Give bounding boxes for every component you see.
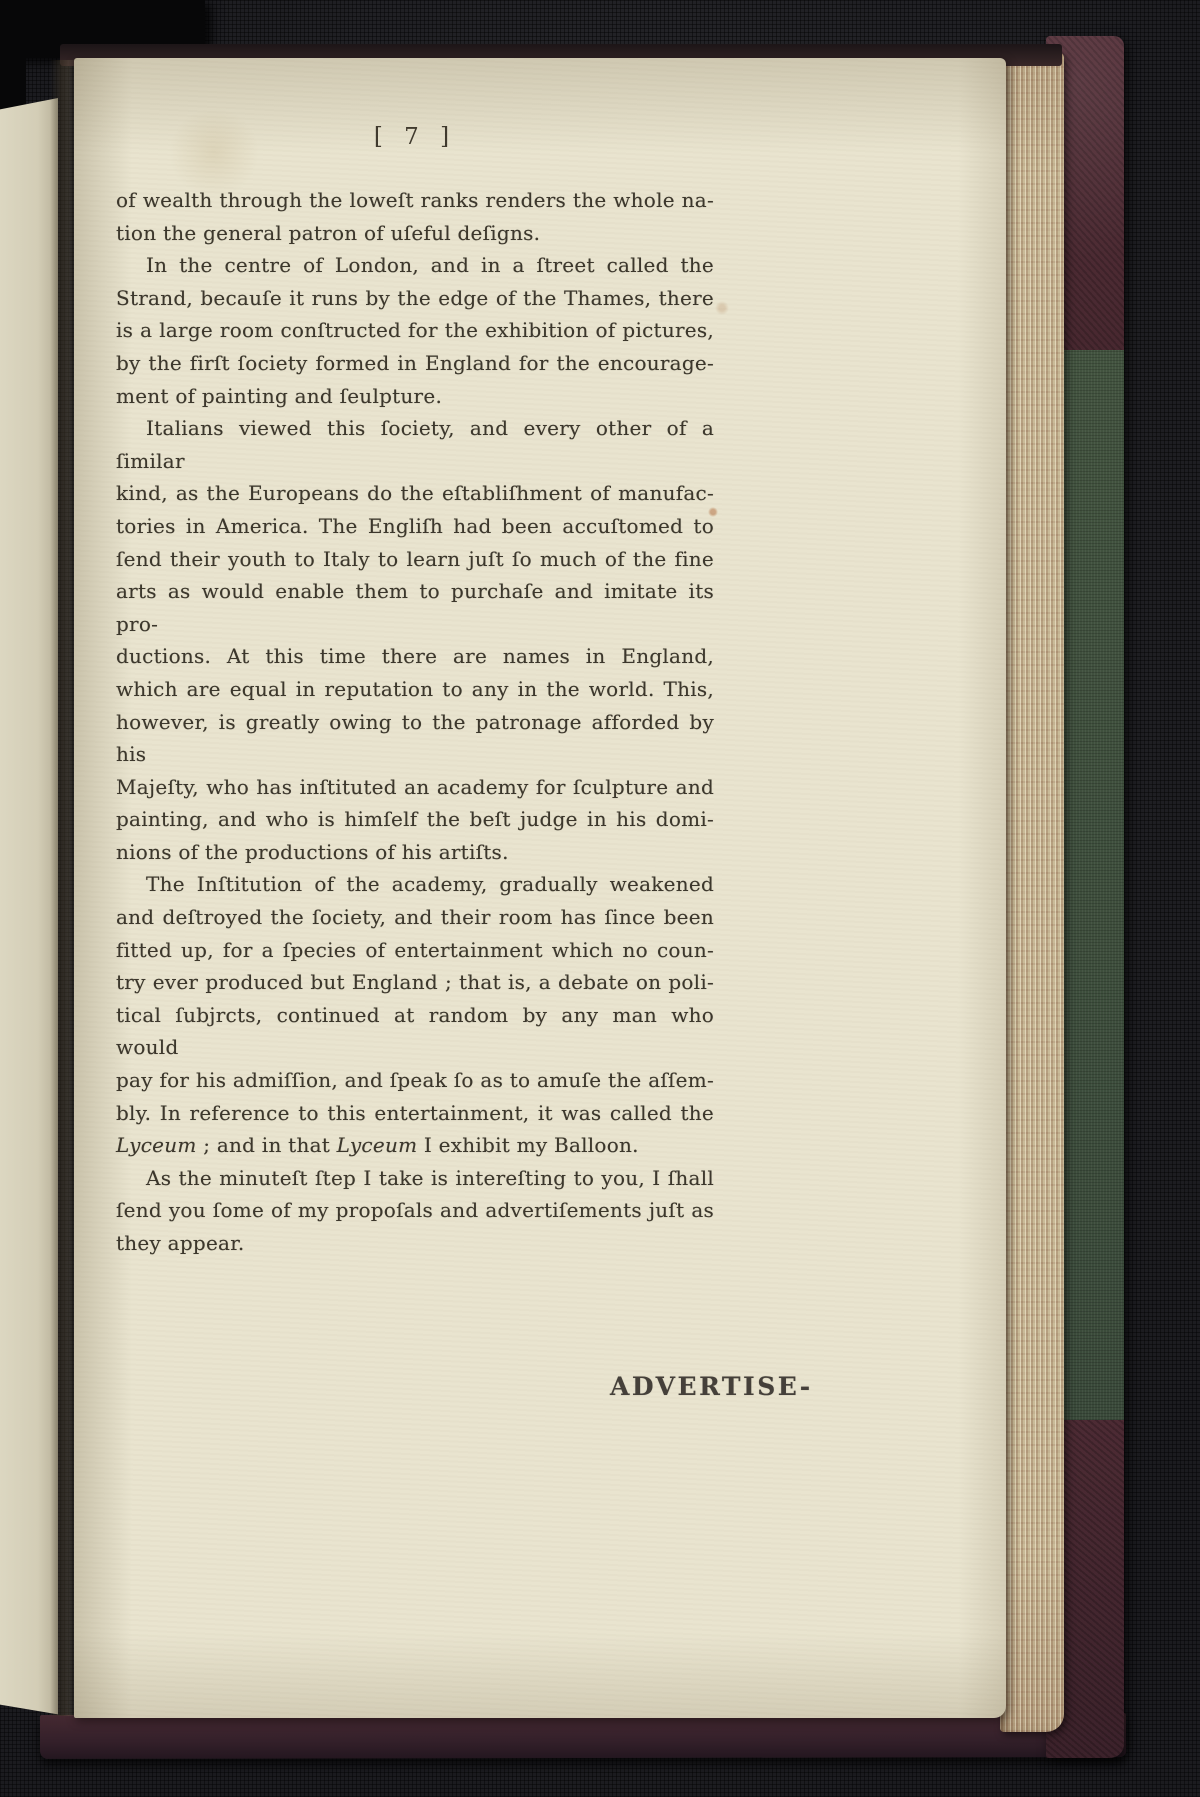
body-line: ductions. At this time there are names i… <box>116 640 714 673</box>
body-line: by the firſt ſociety formed in England f… <box>116 347 714 380</box>
body-line: bly. In reference to this entertainment,… <box>116 1097 714 1130</box>
body-line: In the centre of London, and in a ſtreet… <box>116 249 714 282</box>
scanned-book-photo: [ 7 ] of wealth through the loweſt ranks… <box>0 0 1200 1797</box>
body-line: tion the general patron of uſeful deſign… <box>116 217 714 250</box>
body-line: they appear. <box>116 1227 714 1260</box>
body-line: The Inſtitution of the academy, graduall… <box>116 868 714 901</box>
body-line: kind, as the Europeans do the eſtabliſhm… <box>116 477 714 510</box>
body-line: fitted up, for a ſpecies of entertainmen… <box>116 934 714 967</box>
body-line: arts as would enable them to purchaſe an… <box>116 575 714 640</box>
body-line: nions of the productions of his artiſts. <box>116 836 714 869</box>
body-line: which are equal in reputation to any in … <box>116 673 714 706</box>
page-stack-fore-edge <box>1000 52 1064 1732</box>
page-body: of wealth through the loweſt ranks rende… <box>116 184 714 1260</box>
body-text-part: ; and in that <box>197 1133 337 1157</box>
body-line: however, is greatly owing to the patrona… <box>116 706 714 771</box>
body-line: ment of painting and ſeulpture. <box>116 380 714 413</box>
body-line: tories in America. The Engliſh had been … <box>116 510 714 543</box>
book-cover-bottom-edge <box>40 1713 1126 1759</box>
body-text-part: I exhibit my Balloon. <box>417 1133 638 1157</box>
page-number: [ 7 ] <box>116 124 714 150</box>
body-line: As the minuteſt ſtep I take is intereſti… <box>116 1162 714 1195</box>
body-line-lyceum: Lyceum ; and in that Lyceum I exhibit my… <box>116 1129 714 1162</box>
body-line: try ever produced but England ; that is,… <box>116 966 714 999</box>
body-line: pay for his admiſſion, and ſpeak ſo as t… <box>116 1064 714 1097</box>
body-line: tical ſubjrcts, continued at random by a… <box>116 999 714 1064</box>
catchword: ADVERTISE- <box>610 1372 813 1401</box>
body-line: and deſtroyed the ſociety, and their roo… <box>116 901 714 934</box>
body-line: Strand, becauſe it runs by the edge of t… <box>116 282 714 315</box>
body-line: ſend you ſome of my propoſals and advert… <box>116 1194 714 1227</box>
italic-word: Lyceum <box>337 1133 418 1157</box>
body-line: Italians viewed this ſociety, and every … <box>116 412 714 477</box>
body-line: Majeſty, who has inſtituted an academy f… <box>116 771 714 804</box>
body-line: of wealth through the loweſt ranks rende… <box>116 184 714 217</box>
body-line: ſend their youth to Italy to learn juſt … <box>116 543 714 576</box>
italic-word: Lyceum <box>116 1133 197 1157</box>
body-line: painting, and who is himſelf the beſt ju… <box>116 803 714 836</box>
body-line: is a large room conſtructed for the exhi… <box>116 314 714 347</box>
